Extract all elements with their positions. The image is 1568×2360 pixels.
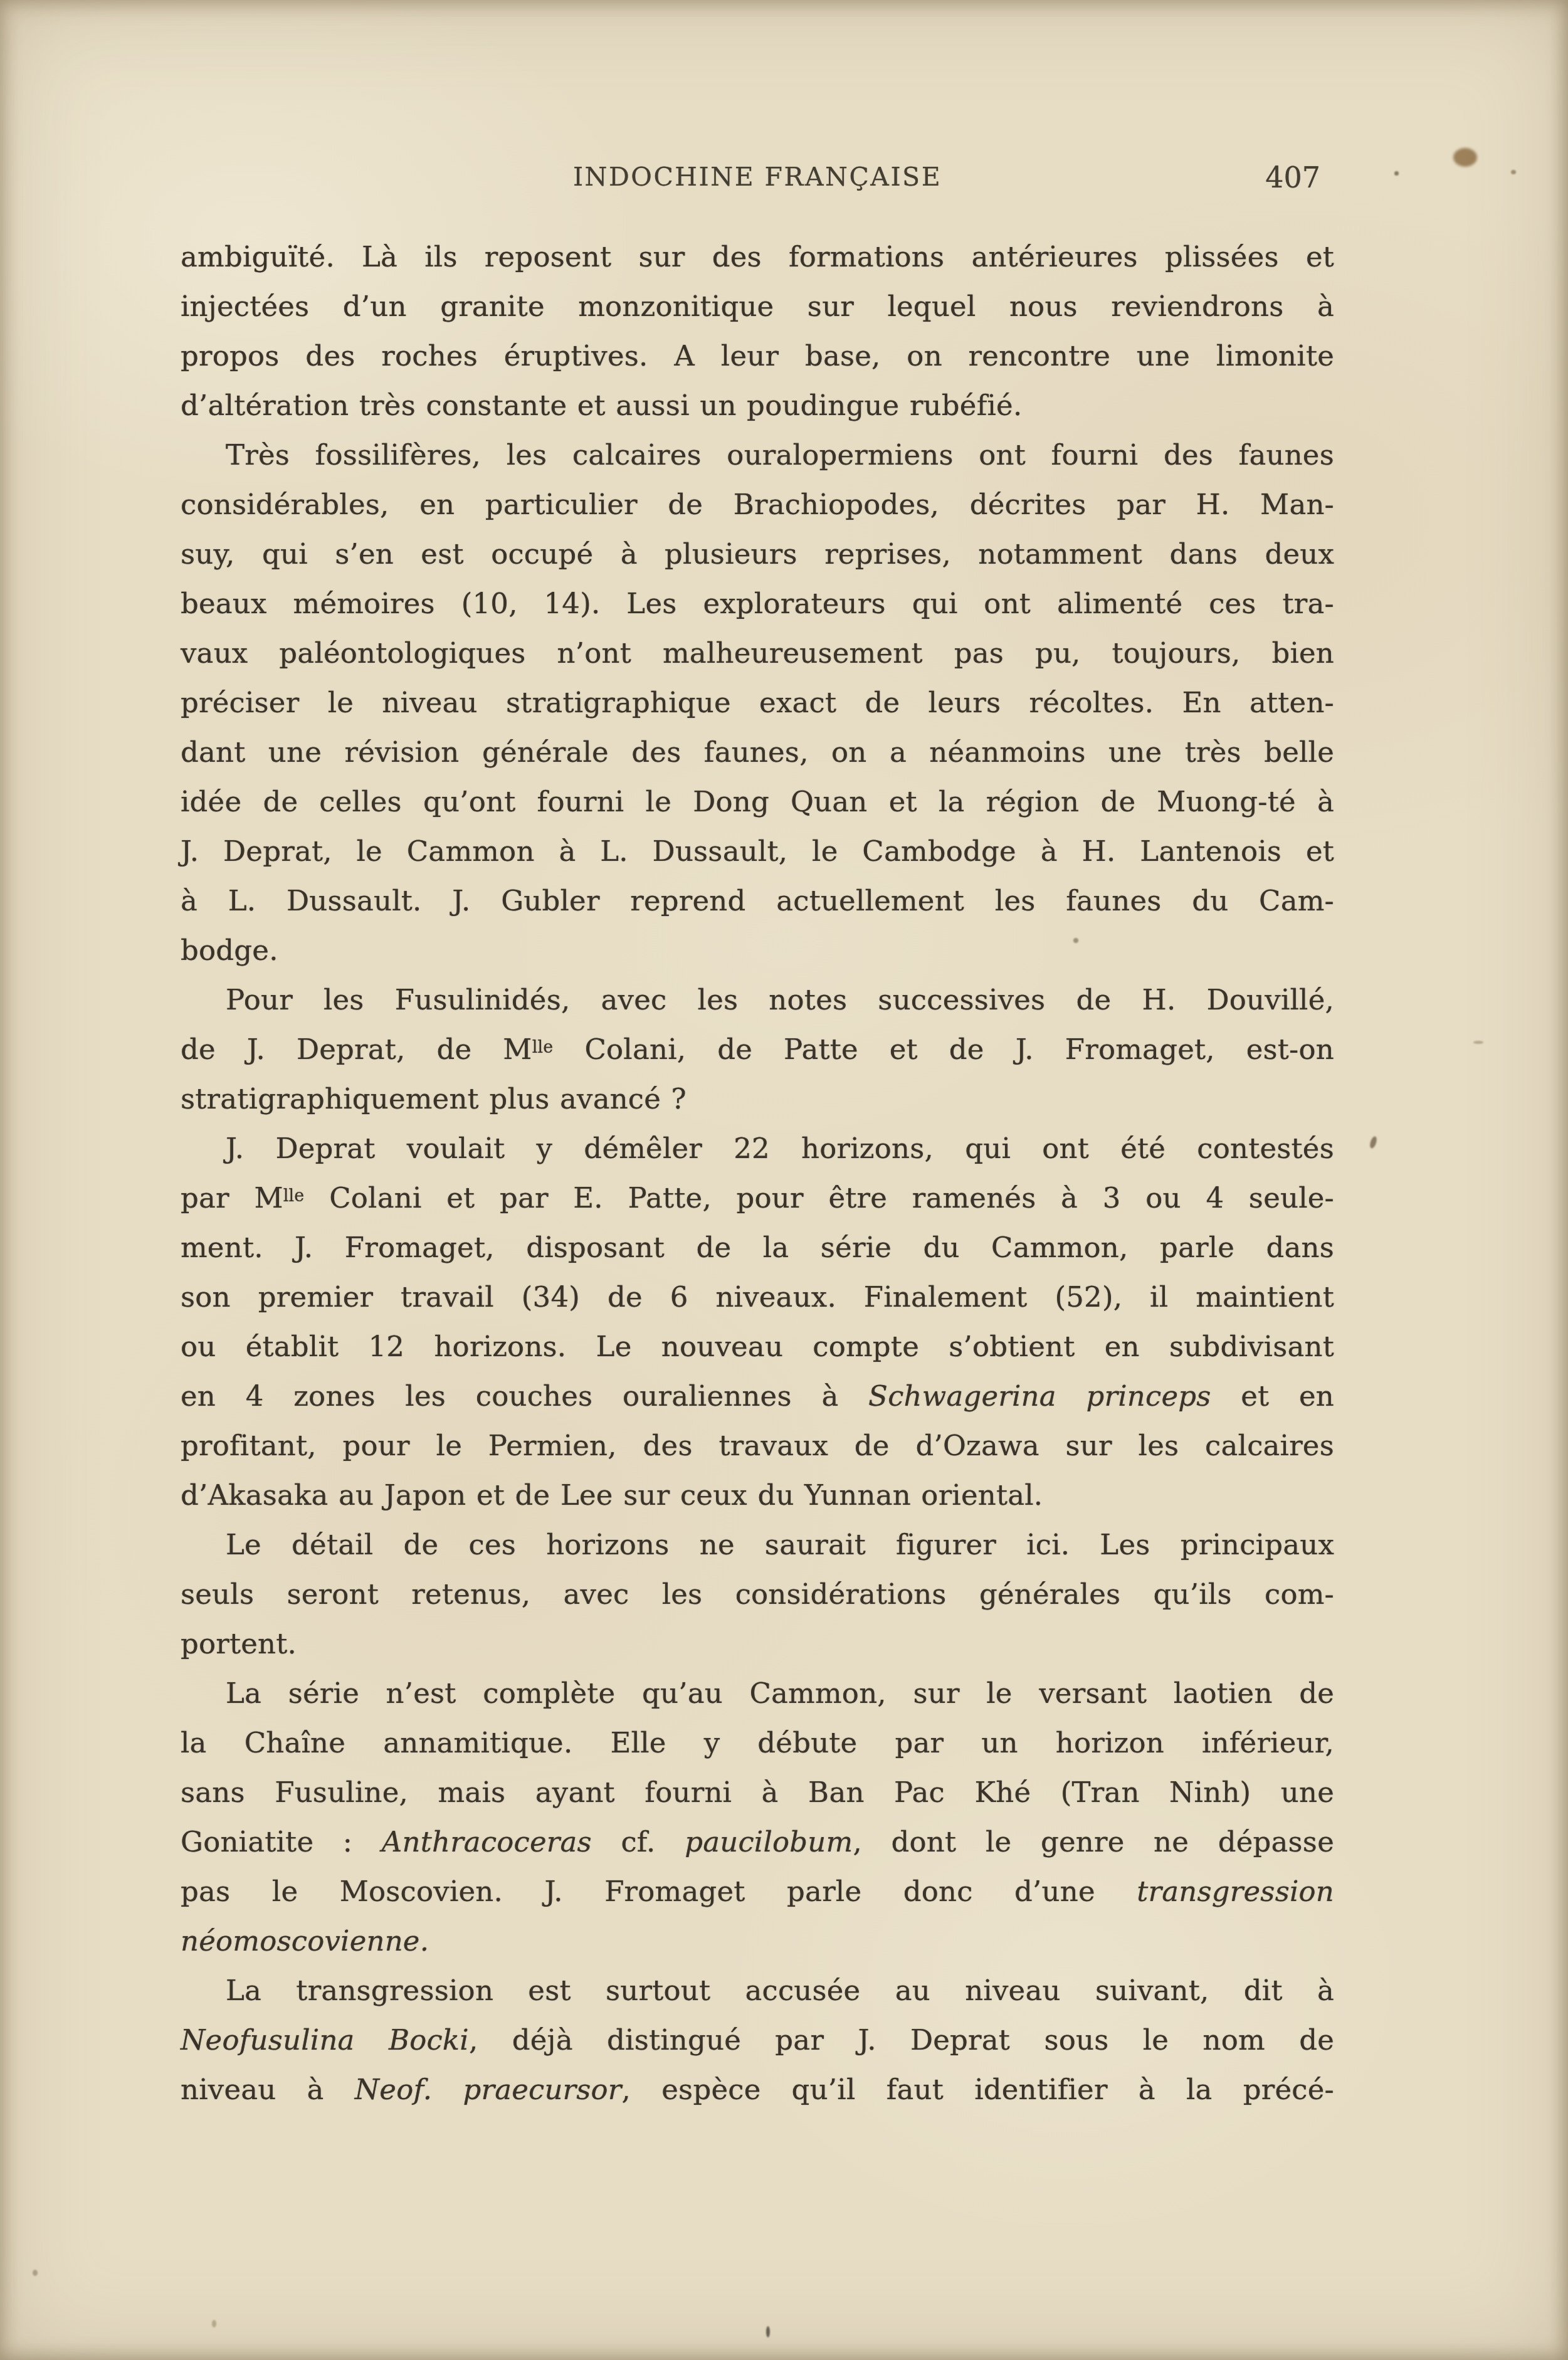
text-line: J. Deprat, le Cammon à L. Dussault, le C… xyxy=(181,826,1334,876)
text-line: Très fossilifères, les calcaires ouralop… xyxy=(181,430,1334,480)
body-text: Pour les Fusulinidés, avec les notes suc… xyxy=(226,983,1334,1016)
foxing-spot xyxy=(1473,1041,1483,1044)
text-line: néomoscovienne. xyxy=(181,1916,1334,1966)
text-line: injectées d’un granite monzonitique sur … xyxy=(181,282,1334,331)
body-text: J. Deprat voulait y démêler 22 horizons,… xyxy=(226,1132,1334,1165)
text-block: ambiguïté. Là ils reposent sur des forma… xyxy=(181,232,1334,2114)
body-text: niveau à xyxy=(181,2073,355,2106)
page-number: 407 xyxy=(1265,161,1320,194)
text-line: propos des roches éruptives. A leur base… xyxy=(181,331,1334,381)
body-text: sans Fusuline, mais ayant fourni à Ban P… xyxy=(181,1776,1334,1809)
body-text: La série n’est complète qu’au Cammon, su… xyxy=(226,1677,1334,1710)
text-line: de J. Deprat, de Mlle Colani, de Patte e… xyxy=(181,1025,1334,1074)
body-text: injectées d’un granite monzonitique sur … xyxy=(181,290,1334,323)
body-text: idée de celles qu’ont fourni le Dong Qua… xyxy=(181,785,1334,818)
body-text: profitant, pour le Permien, des travaux … xyxy=(181,1429,1334,1462)
italic-text: Schwagerina princeps xyxy=(868,1379,1211,1413)
text-line: pas le Moscovien. J. Fromaget parle donc… xyxy=(181,1867,1334,1916)
text-line: Pour les Fusulinidés, avec les notes suc… xyxy=(181,975,1334,1025)
body-text: portent. xyxy=(181,1627,297,1660)
text-line: J. Deprat voulait y démêler 22 horizons,… xyxy=(181,1124,1334,1173)
text-line: suy, qui s’en est occupé à plusieurs rep… xyxy=(181,529,1334,579)
text-line: Goniatite : Anthracoceras cf. paucilobum… xyxy=(181,1817,1334,1867)
text-line: Le détail de ces horizons ne saurait fig… xyxy=(181,1520,1334,1569)
body-text: Colani, de Patte et de J. Fromaget, est-… xyxy=(553,1033,1334,1066)
body-text: J. Deprat, le Cammon à L. Dussault, le C… xyxy=(181,835,1334,868)
text-line: à L. Dussault. J. Gubler reprend actuell… xyxy=(181,876,1334,925)
body-text: bodge. xyxy=(181,934,278,967)
text-line: beaux mémoires (10, 14). Les explorateur… xyxy=(181,579,1334,628)
body-text: stratigraphiquement plus avancé ? xyxy=(181,1082,687,1115)
body-text: ou établit 12 horizons. Le nouveau compt… xyxy=(181,1330,1334,1363)
foxing-spot xyxy=(1394,171,1399,176)
body-text: Goniatite : xyxy=(181,1825,382,1858)
body-text: beaux mémoires (10, 14). Les explorateur… xyxy=(181,587,1334,620)
text-line: stratigraphiquement plus avancé ? xyxy=(181,1074,1334,1124)
body-text: à L. Dussault. J. Gubler reprend actuell… xyxy=(181,884,1334,917)
text-line: ambiguïté. Là ils reposent sur des forma… xyxy=(181,232,1334,282)
body-text: en 4 zones les couches ouraliennes à xyxy=(181,1379,868,1413)
paragraph: La série n’est complète qu’au Cammon, su… xyxy=(181,1668,1334,1966)
paragraph: La transgression est surtout accusée au … xyxy=(181,1966,1334,2114)
italic-text: paucilobum xyxy=(685,1825,853,1858)
page-header: INDOCHINE FRANÇAISE 407 xyxy=(181,162,1334,199)
body-text: et en xyxy=(1211,1379,1334,1413)
body-text: , espèce qu’il faut identifier à la préc… xyxy=(622,2073,1334,2106)
body-text: Le détail de ces horizons ne saurait fig… xyxy=(226,1528,1334,1561)
running-title: INDOCHINE FRANÇAISE xyxy=(181,162,1334,192)
text-line: profitant, pour le Permien, des travaux … xyxy=(181,1421,1334,1470)
text-line: sans Fusuline, mais ayant fourni à Ban P… xyxy=(181,1767,1334,1817)
body-text: suy, qui s’en est occupé à plusieurs rep… xyxy=(181,537,1334,571)
superscript-text: lle xyxy=(532,1038,554,1057)
body-text: La transgression est surtout accusée au … xyxy=(226,1974,1334,2007)
italic-text: Neofusulina Bocki xyxy=(181,2023,469,2057)
foxing-spot xyxy=(766,2326,770,2337)
foxing-spot xyxy=(212,2320,216,2327)
paragraph: J. Deprat voulait y démêler 22 horizons,… xyxy=(181,1124,1334,1520)
body-text: d’altération très constante et aussi un … xyxy=(181,389,1022,422)
foxing-spot xyxy=(1369,1135,1378,1149)
text-line: par Mlle Colani et par E. Patte, pour êt… xyxy=(181,1173,1334,1223)
paragraph: ambiguïté. Là ils reposent sur des forma… xyxy=(181,232,1334,430)
body-text: propos des roches éruptives. A leur base… xyxy=(181,339,1334,372)
body-text: ment. J. Fromaget, disposant de la série… xyxy=(181,1231,1334,1264)
body-text: , dont le genre ne dépasse xyxy=(853,1825,1334,1858)
body-text: Colani et par E. Patte, pour être ramené… xyxy=(305,1181,1334,1214)
text-line: d’altération très constante et aussi un … xyxy=(181,381,1334,430)
body-text: seuls seront retenus, avec les considéra… xyxy=(181,1578,1334,1611)
foxing-spot xyxy=(1511,170,1516,174)
body-text: par M xyxy=(181,1181,283,1214)
text-line: ment. J. Fromaget, disposant de la série… xyxy=(181,1223,1334,1272)
text-line: seuls seront retenus, avec les considéra… xyxy=(181,1569,1334,1619)
text-line: bodge. xyxy=(181,925,1334,975)
text-line: idée de celles qu’ont fourni le Dong Qua… xyxy=(181,777,1334,826)
body-text: dant une révision générale des faunes, o… xyxy=(181,735,1334,769)
body-text: la Chaîne annamitique. Elle y débute par… xyxy=(181,1726,1334,1759)
book-page: INDOCHINE FRANÇAISE 407 ambiguïté. Là il… xyxy=(0,0,1568,2360)
text-line: en 4 zones les couches ouraliennes à Sch… xyxy=(181,1371,1334,1421)
text-line: d’Akasaka au Japon et de Lee sur ceux du… xyxy=(181,1470,1334,1520)
body-text: pas le Moscovien. J. Fromaget parle donc… xyxy=(181,1875,1137,1908)
body-text: préciser le niveau stratigraphique exact… xyxy=(181,686,1334,719)
text-line: ou établit 12 horizons. Le nouveau compt… xyxy=(181,1322,1334,1371)
text-line: niveau à Neof. praecursor, espèce qu’il … xyxy=(181,2065,1334,2114)
text-line: Neofusulina Bocki, déjà distingué par J.… xyxy=(181,2015,1334,2065)
text-line: la Chaîne annamitique. Elle y débute par… xyxy=(181,1718,1334,1767)
body-text: d’Akasaka au Japon et de Lee sur ceux du… xyxy=(181,1478,1043,1512)
foxing-spot xyxy=(1453,148,1477,167)
italic-text: Anthracoceras xyxy=(382,1825,592,1858)
superscript-text: lle xyxy=(283,1186,305,1206)
body-text: vaux paléontologiques n’ont malheureusem… xyxy=(181,636,1334,670)
paragraph: Le détail de ces horizons ne saurait fig… xyxy=(181,1520,1334,1668)
paragraph: Pour les Fusulinidés, avec les notes suc… xyxy=(181,975,1334,1124)
body-text: , déjà distingué par J. Deprat sous le n… xyxy=(469,2023,1334,2057)
text-line: préciser le niveau stratigraphique exact… xyxy=(181,678,1334,727)
paragraph: Très fossilifères, les calcaires ouralop… xyxy=(181,430,1334,975)
body-text: Très fossilifères, les calcaires ouralop… xyxy=(226,438,1334,471)
text-line: La transgression est surtout accusée au … xyxy=(181,1966,1334,2015)
text-line: vaux paléontologiques n’ont malheureusem… xyxy=(181,628,1334,678)
body-text: cf. xyxy=(592,1825,685,1858)
text-line: portent. xyxy=(181,1619,1334,1668)
italic-text: transgression xyxy=(1137,1875,1334,1908)
text-line: considérables, en particulier de Brachio… xyxy=(181,480,1334,529)
foxing-spot xyxy=(33,2270,38,2276)
italic-text: néomoscovienne. xyxy=(181,1924,429,1957)
text-line: son premier travail (34) de 6 niveaux. F… xyxy=(181,1272,1334,1322)
text-line: dant une révision générale des faunes, o… xyxy=(181,727,1334,777)
italic-text: Neof. praecursor xyxy=(355,2073,622,2106)
body-text: considérables, en particulier de Brachio… xyxy=(181,488,1334,521)
text-line: La série n’est complète qu’au Cammon, su… xyxy=(181,1668,1334,1718)
body-text: ambiguïté. Là ils reposent sur des forma… xyxy=(181,240,1334,273)
body-text: son premier travail (34) de 6 niveaux. F… xyxy=(181,1280,1334,1314)
body-text: de J. Deprat, de M xyxy=(181,1033,532,1066)
